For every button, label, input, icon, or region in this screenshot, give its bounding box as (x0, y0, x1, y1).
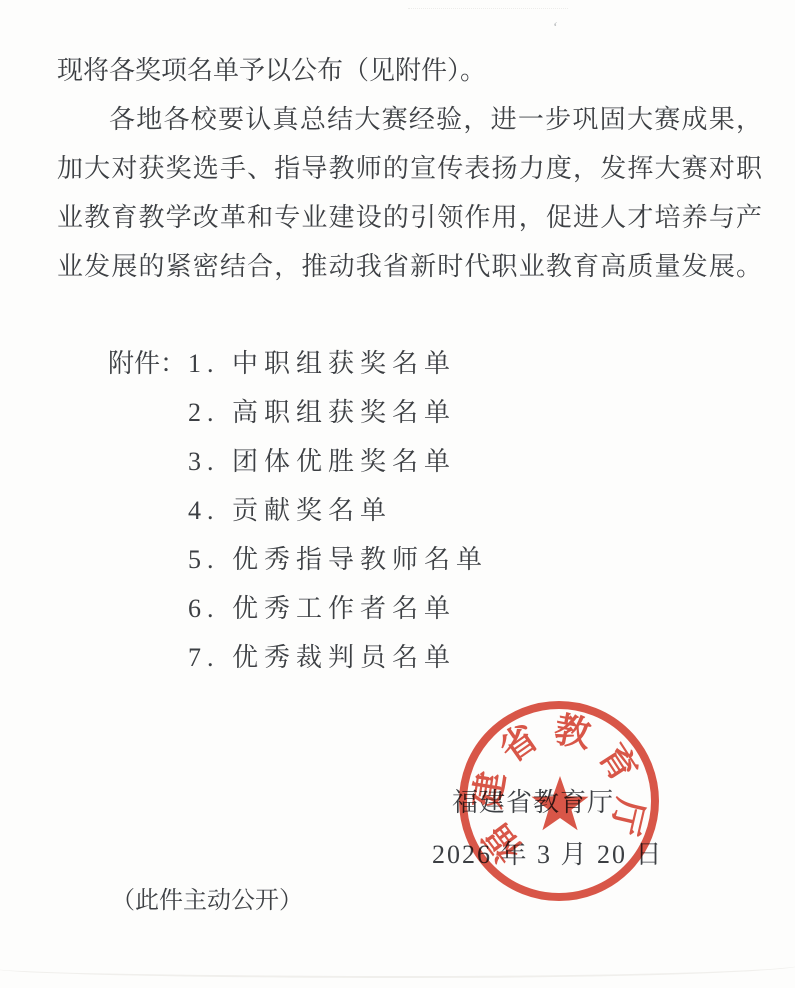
paragraph-line: 业发展的紧密结合，推动我省新时代职业教育高质量发展。 (57, 242, 762, 291)
attachment-item: 2. 高职组获奖名单 (188, 388, 488, 437)
paragraph-line: 加大对获奖选手、指导教师的宣传表扬力度，发挥大赛对职 (57, 144, 762, 193)
seal-arc-char: 育 (591, 737, 644, 789)
paragraph-line: 各地各校要认真总结大赛经验，进一步巩固大赛成果， (57, 95, 762, 144)
paragraph-line: 业教育教学改革和专业建设的引领作用，促进人才培养与产 (57, 193, 762, 242)
attachment-item: 7. 优秀裁判员名单 (188, 633, 488, 682)
scan-artifact-top-line (408, 8, 568, 9)
scan-artifact-mark: ʻ (550, 20, 558, 38)
scan-page-edge (0, 960, 795, 978)
body-closing-line: 现将各奖项名单予以公布（见附件）。 (57, 46, 762, 95)
issue-date: 2026 年 3 月 20 日 (432, 838, 664, 872)
issuer-name: 福建省教育厅 (452, 786, 614, 820)
attachments-list: 1. 中职组获奖名单 2. 高职组获奖名单 3. 团体优胜奖名单 4. 贡献奖名… (188, 339, 488, 682)
seal-arc-char: 省 (493, 717, 545, 770)
disclosure-note: （此件主动公开） (111, 884, 303, 918)
attachment-item: 5. 优秀指导教师名单 (188, 535, 488, 584)
body-paragraph: 各地各校要认真总结大赛经验，进一步巩固大赛成果， 加大对获奖选手、指导教师的宣传… (57, 95, 762, 291)
scanned-official-document-page: ʻ 现将各奖项名单予以公布（见附件）。 各地各校要认真总结大赛经验，进一步巩固大… (0, 0, 795, 988)
seal-arc-char: 教 (551, 709, 595, 755)
attachments-label: 附件： (108, 339, 186, 388)
attachment-item: 1. 中职组获奖名单 (188, 339, 488, 388)
attachment-item: 6. 优秀工作者名单 (188, 584, 488, 633)
attachment-item: 3. 团体优胜奖名单 (188, 437, 488, 486)
attachment-item: 4. 贡献奖名单 (188, 486, 488, 535)
